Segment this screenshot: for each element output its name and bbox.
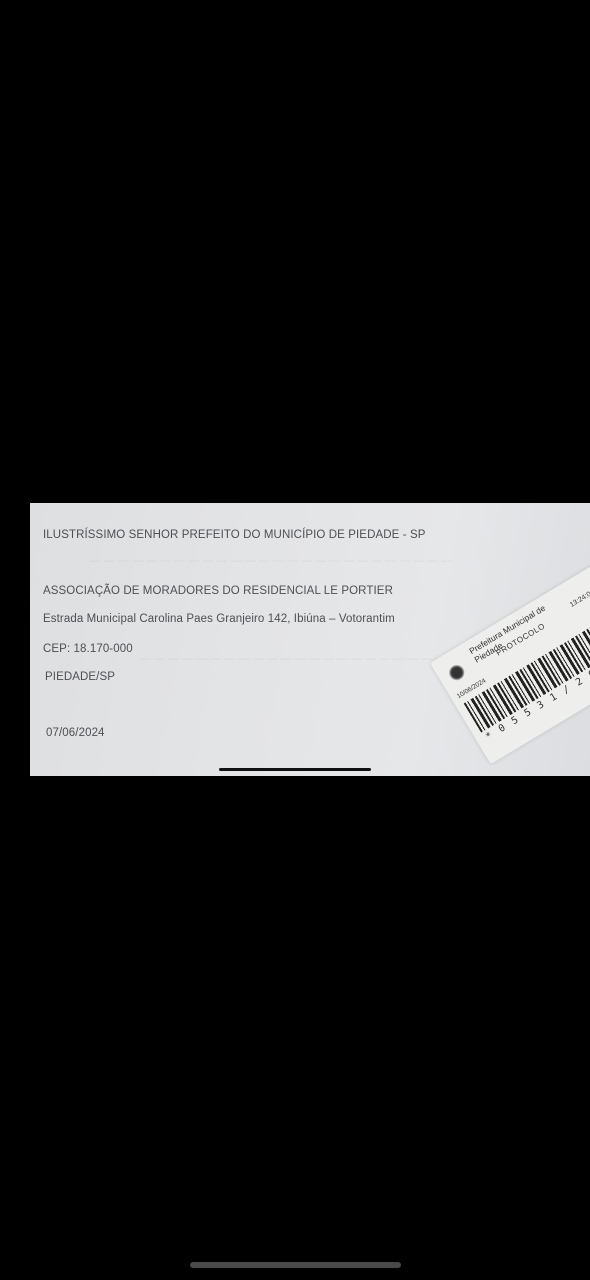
photo-home-indicator <box>219 768 371 771</box>
municipal-crest-icon <box>446 662 468 684</box>
home-indicator[interactable] <box>190 1262 401 1268</box>
bleed-through-text: — — — — — — — — — — — — — — — — — — — — … <box>140 653 460 665</box>
bleed-through-text: — — — — — — — — — — — — — — — — — — — — … <box>90 555 452 567</box>
letter-date: 07/06/2024 <box>46 727 105 739</box>
stamp-time: 13:24:06 <box>569 589 590 609</box>
protocol-stamp: Prefeitura Municipal de Piedade PROTOCOL… <box>430 560 590 764</box>
city: PIEDADE/SP <box>45 671 115 683</box>
stamp-title: Prefeitura Municipal de Piedade <box>467 603 552 665</box>
postal-code: CEP: 18.170-000 <box>43 643 133 655</box>
document-photo: — — — — — — — — — — — — — — — — — — — — … <box>30 503 590 776</box>
association-name: ASSOCIAÇÃO DE MORADORES DO RESIDENCIAL L… <box>43 585 393 597</box>
letter-heading: ILUSTRÍSSIMO SENHOR PREFEITO DO MUNICÍPI… <box>43 529 426 541</box>
address: Estrada Municipal Carolina Paes Granjeir… <box>43 613 395 625</box>
